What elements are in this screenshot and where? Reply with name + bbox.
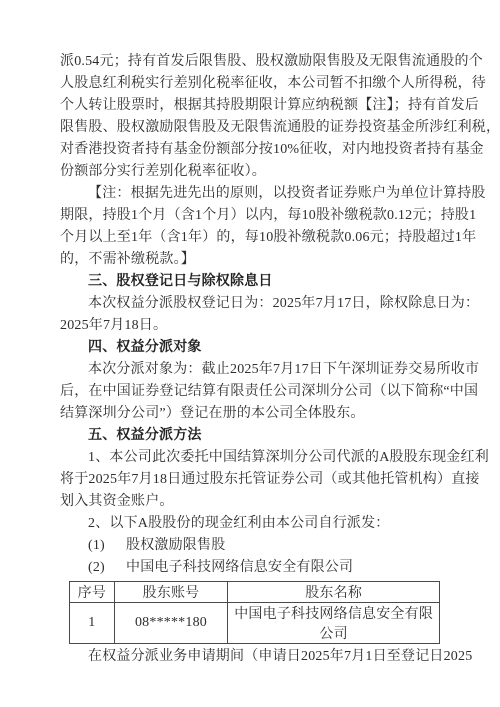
document-content: 派0.54元；持有首发后限售股、股权激励限售股及无限售流通股的个 人股息红利税实…: [60, 51, 440, 668]
table-row: 1 08*****180 中国电子科技网络信息安全有限公司: [70, 603, 440, 644]
list-item-text: 股权激励限售股: [126, 538, 225, 553]
list-item-marker: (1): [88, 535, 112, 557]
body-text-line: 个人转让股票时，根据其持股期限计算应纳税额【注】；持有首发后: [60, 95, 440, 117]
table-header-seq: 序号: [70, 582, 115, 603]
list-item-marker: (2): [88, 557, 112, 579]
body-text-line: 限售股、股权激励限售股及无限售流通股的证券投资基金所涉红利税，: [60, 117, 440, 139]
body-text-line: 后，在中国证券登记结算有限责任公司深圳分公司（以下简称“中国: [60, 381, 440, 403]
body-text-line: 将于2025年7月18日通过股东托管证券公司（或其他托管机构）直接: [60, 469, 440, 491]
body-text-line: 对香港投资者持有基金份额部分按10%征收，对内地投资者持有基金: [60, 139, 440, 161]
table-header-row: 序号 股东账号 股东名称: [70, 582, 440, 603]
body-text-line: 结算深圳分公司”）登记在册的本公司全体股东。: [60, 403, 440, 425]
table-cell-seq: 1: [70, 603, 115, 644]
body-text-line: 1、本公司此次委托中国结算深圳分公司代派的A股股东现金红利: [60, 447, 440, 469]
body-text-line: 份额部分实行差别化税率征收）。: [60, 161, 440, 183]
body-text-line: 本次分派对象为：截止2025年7月17日下午深圳证券交易所收市: [60, 359, 440, 381]
note-paragraph-line: 期限，持股1个月（含1个月）以内，每10股补缴税款0.12元；持股1: [60, 205, 440, 227]
table-header-account: 股东账号: [114, 582, 228, 603]
table-header-name: 股东名称: [228, 582, 440, 603]
body-text-line: 划入其资金账户。: [60, 491, 440, 513]
note-paragraph-line: 个月以上至1年（含1年）的，每10股补缴税款0.06元；持股超过1年: [60, 227, 440, 249]
list-item: (1)股权激励限售股: [60, 535, 440, 557]
document-page: 派0.54元；持有首发后限售股、股权激励限售股及无限售流通股的个 人股息红利税实…: [0, 0, 500, 707]
body-text-line: 派0.54元；持有首发后限售股、股权激励限售股及无限售流通股的个: [60, 51, 440, 73]
body-text-line: 本次权益分派股权登记日为：2025年7月17日，除权除息日为：: [60, 293, 440, 315]
closing-text-line: 在权益分派业务申请期间（申请日2025年7月1日至登记日2025: [60, 646, 440, 668]
section-heading-record-date: 三、股权登记日与除权除息日: [60, 271, 440, 293]
table-cell-name: 中国电子科技网络信息安全有限公司: [228, 603, 440, 644]
list-item-text: 中国电子科技网络信息安全有限公司: [126, 560, 353, 575]
shareholder-table: 序号 股东账号 股东名称 1 08*****180 中国电子科技网络信息安全有限…: [69, 581, 440, 644]
note-paragraph-line: 【注：根据先进先出的原则，以投资者证券账户为单位计算持股: [60, 183, 440, 205]
table-cell-account: 08*****180: [114, 603, 228, 644]
body-text-line: 人股息红利税实行差别化税率征收，本公司暂不扣缴个人所得税，待: [60, 73, 440, 95]
section-heading-distribution-method: 五、权益分派方法: [60, 425, 440, 447]
body-text-line: 2025年7月18日。: [60, 315, 440, 337]
body-text-line: 2、以下A股股份的现金红利由本公司自行派发：: [60, 513, 440, 535]
section-heading-distribution-target: 四、权益分派对象: [60, 337, 440, 359]
list-item: (2)中国电子科技网络信息安全有限公司: [60, 557, 440, 579]
note-paragraph-line: 的，不需补缴税款。】: [60, 249, 440, 271]
